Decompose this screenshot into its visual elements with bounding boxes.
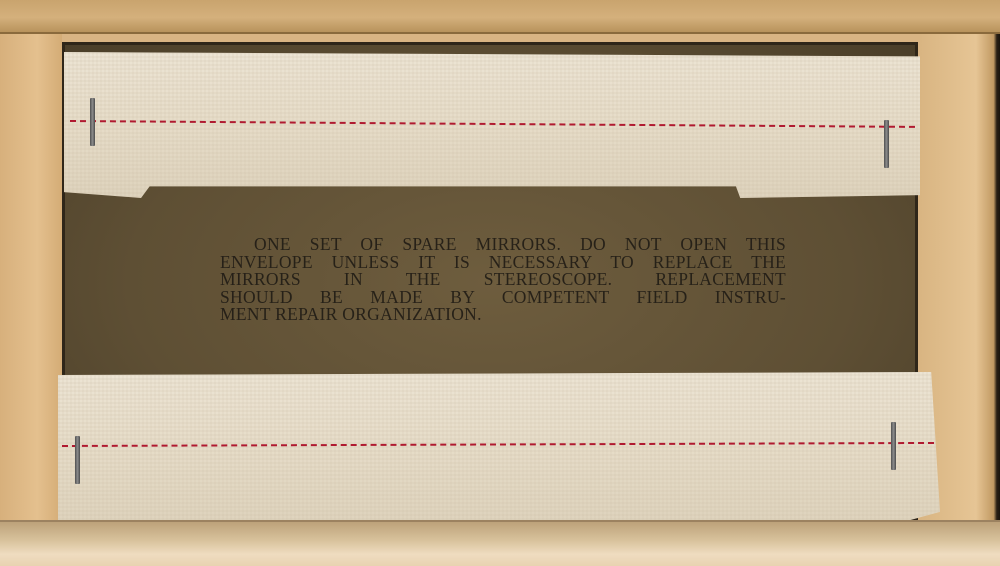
envelope-instruction-text: ONE SET OF SPARE MIRRORS. DO NOT OPEN TH…	[220, 236, 786, 324]
wooden-box-bottom-rail	[0, 520, 1000, 566]
instruction-line-3: MIRRORS IN THE STEREOSCOPE. REPLACEMENT	[220, 271, 786, 289]
instruction-line-5: MENT REPAIR ORGANIZATION.	[220, 306, 786, 324]
wooden-box-top-rail	[0, 0, 1000, 34]
bottom-cotton-strap	[58, 372, 940, 524]
staple-top-left	[90, 98, 95, 146]
wooden-box-left-side	[0, 34, 62, 520]
staple-bottom-right	[891, 422, 896, 470]
instruction-line-1: ONE SET OF SPARE MIRRORS. DO NOT OPEN TH…	[220, 236, 786, 254]
staple-top-right	[884, 120, 889, 168]
staple-bottom-left	[75, 436, 80, 484]
